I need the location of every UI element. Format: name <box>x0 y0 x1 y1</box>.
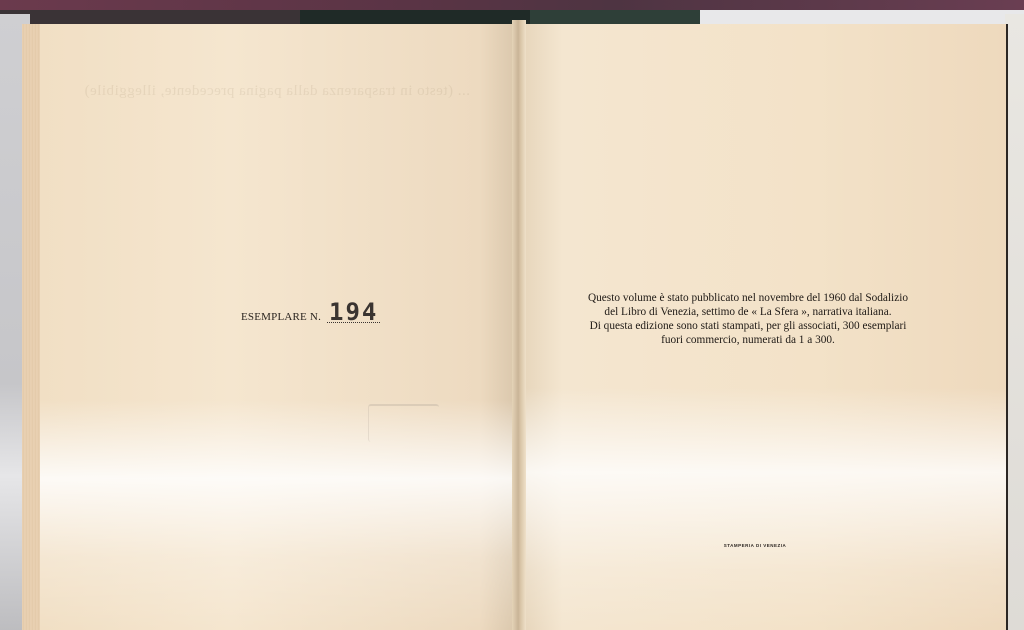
printer-imprint: STAMPERIA DI VENEZIA <box>700 543 810 548</box>
book-gutter <box>512 20 526 630</box>
colophon-line: Di questa edizione sono stati stampati, … <box>582 319 914 333</box>
bleed-through-text: ... (testo in trasparenza dalla pagina p… <box>80 80 470 103</box>
colophon: Questo volume è stato pubblicato nel nov… <box>582 291 914 347</box>
copy-number-label: ESEMPLARE N. <box>241 311 321 323</box>
copy-number-stamp: ESEMPLARE N. 194 <box>241 302 380 323</box>
colophon-line: Questo volume è stato pubblicato nel nov… <box>582 291 914 305</box>
copy-number-value: 194 <box>327 302 380 323</box>
colophon-line: del Libro di Venezia, settimo de « La Sf… <box>582 305 914 319</box>
left-page <box>40 24 518 630</box>
colophon-line: fuori commercio, numerati da 1 a 300. <box>582 333 914 347</box>
paper-stain <box>368 404 439 442</box>
